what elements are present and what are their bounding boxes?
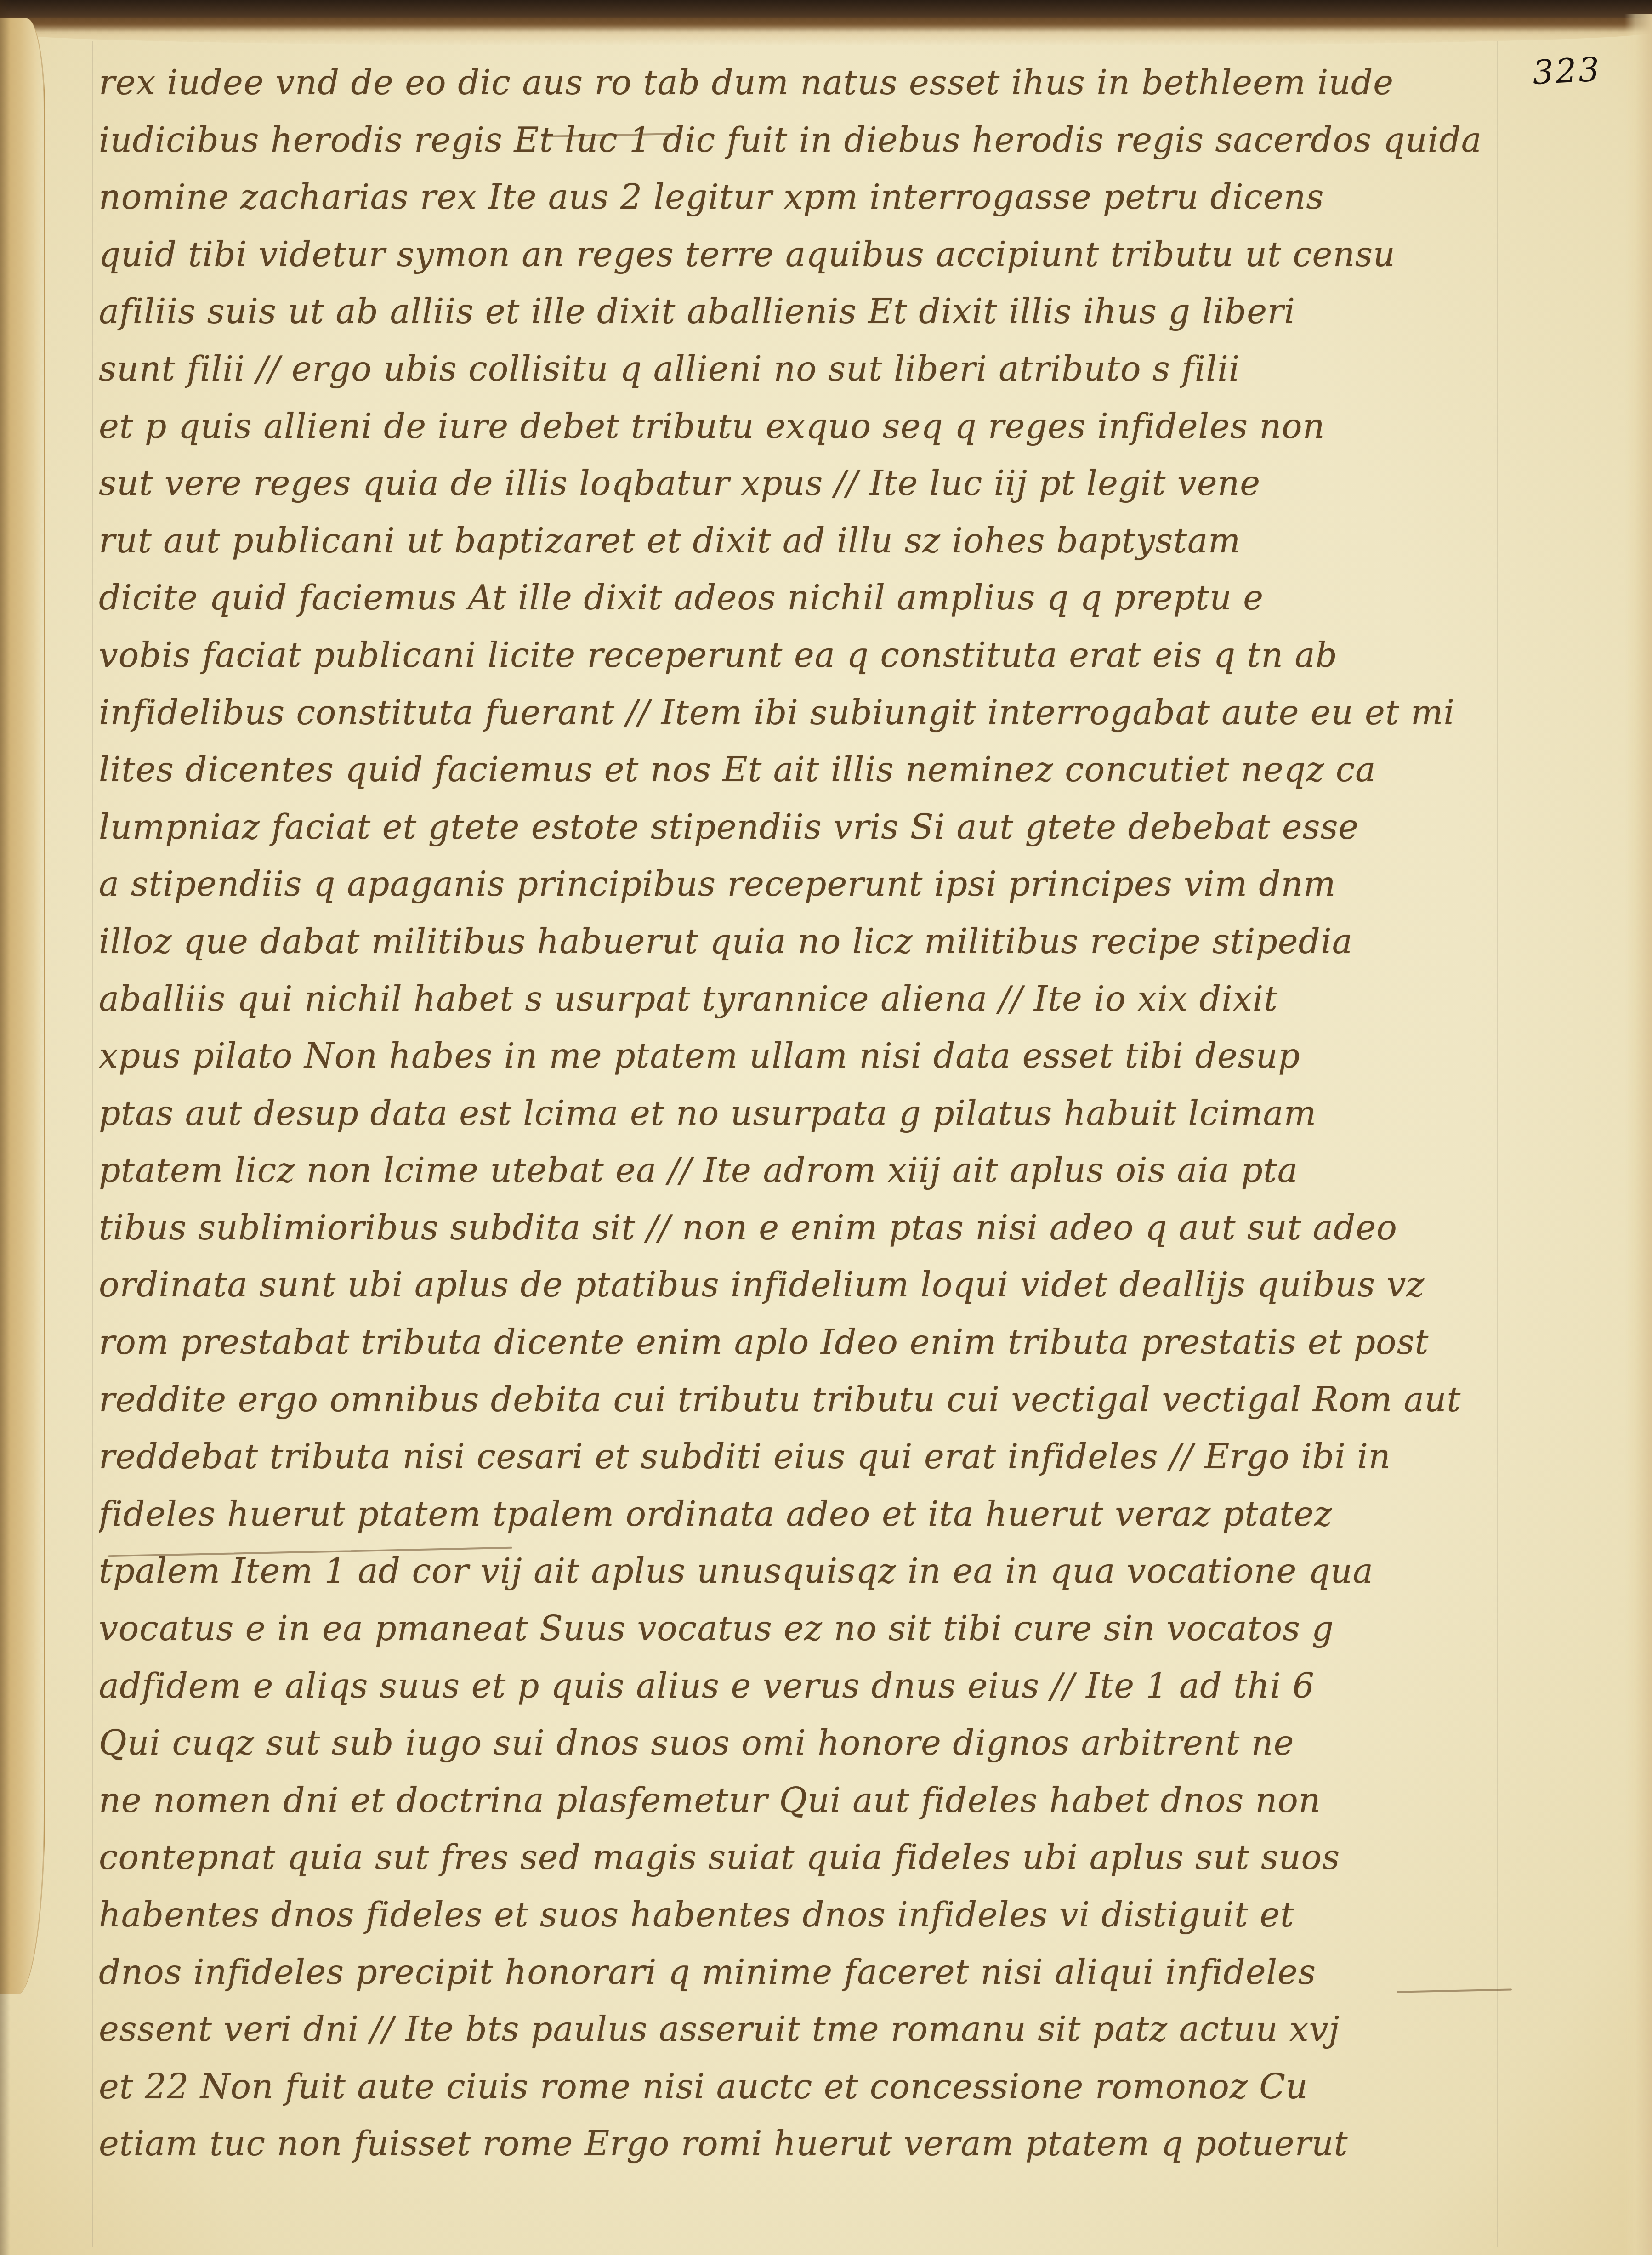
text-line: reddebat tributa nisi cesari et subditi … [99,1428,1505,1486]
text-line: ptatem licz non lcime utebat ea // Ite a… [99,1142,1505,1199]
text-line: ne nomen dni et doctrina plasfemetur Qui… [99,1772,1505,1829]
text-line: vocatus e in ea pmaneat Suus vocatus ez … [99,1600,1505,1658]
text-line: reddite ergo omnibus debita cui tributu … [99,1371,1505,1429]
text-line: dicite quid faciemus At ille dixit adeos… [99,569,1505,627]
text-line: et p quis allieni de iure debet tributu … [99,398,1505,455]
left-ruling-line [92,41,93,2247]
text-line: rex iudee vnd de eo dic aus ro tab dum n… [99,54,1505,112]
text-line: nomine zacharias rex Ite aus 2 legitur x… [99,169,1505,226]
text-line: et 22 Non fuit aute ciuis rome nisi auct… [99,2058,1505,2116]
text-line: rom prestabat tributa dicente enim aplo … [99,1314,1505,1371]
manuscript-text-block: rex iudee vnd de eo dic aus ro tab dum n… [99,54,1505,2173]
text-line: habentes dnos fideles et suos habentes d… [99,1886,1505,1944]
text-line: illoz que dabat militibus habuerut quia … [99,913,1505,971]
text-line: sunt filii // ergo ubis collisitu q alli… [99,341,1505,398]
text-line: iudicibus herodis regis Et luc 1 dic fui… [99,112,1505,169]
text-line: afiliis suis ut ab alliis et ille dixit … [99,283,1505,341]
text-line: xpus pilato Non habes in me ptatem ullam… [99,1028,1505,1085]
text-line: rut aut publicani ut baptizaret et dixit… [99,512,1505,570]
text-line: adfidem e aliqs suus et p quis alius e v… [99,1658,1505,1715]
text-line: etiam tuc non fuisset rome Ergo romi hue… [99,2115,1505,2173]
text-line: Qui cuqz sut sub iugo sui dnos suos omi … [99,1715,1505,1772]
text-line: tibus sublimioribus subdita sit // non e… [99,1199,1505,1257]
text-line: aballiis qui nichil habet s usurpat tyra… [99,971,1505,1028]
text-line: quid tibi videtur symon an reges terre a… [99,226,1505,284]
text-line: contepnat quia sut fres sed magis suiat … [99,1829,1505,1886]
text-line: ordinata sunt ubi aplus de ptatibus infi… [99,1256,1505,1314]
text-line: vobis faciat publicani licite receperunt… [99,627,1505,684]
text-line: dnos infideles precipit honorari q minim… [99,1944,1505,2001]
text-line: fideles huerut ptatem tpalem ordinata ad… [99,1486,1505,1543]
folio-number: 323 [1532,50,1602,92]
gutter-shadow [0,0,10,2255]
manuscript-page: 323 rex iudee vnd de eo dic aus ro tab d… [0,0,1652,2255]
binding-shadow [0,18,1652,46]
text-line: a stipendiis q apaganis principibus rece… [99,856,1505,913]
text-line: lites dicentes quid faciemus et nos Et a… [99,741,1505,799]
text-line: ptas aut desup data est lcima et no usur… [99,1085,1505,1142]
text-line: sut vere reges quia de illis loqbatur xp… [99,455,1505,512]
fore-edge-stain [1624,14,1652,2255]
text-line: essent veri dni // Ite bts paulus asseru… [99,2001,1505,2058]
text-line: infidelibus constituta fuerant // Item i… [99,684,1505,742]
text-line: lumpniaz faciat et gtete estote stipendi… [99,799,1505,856]
